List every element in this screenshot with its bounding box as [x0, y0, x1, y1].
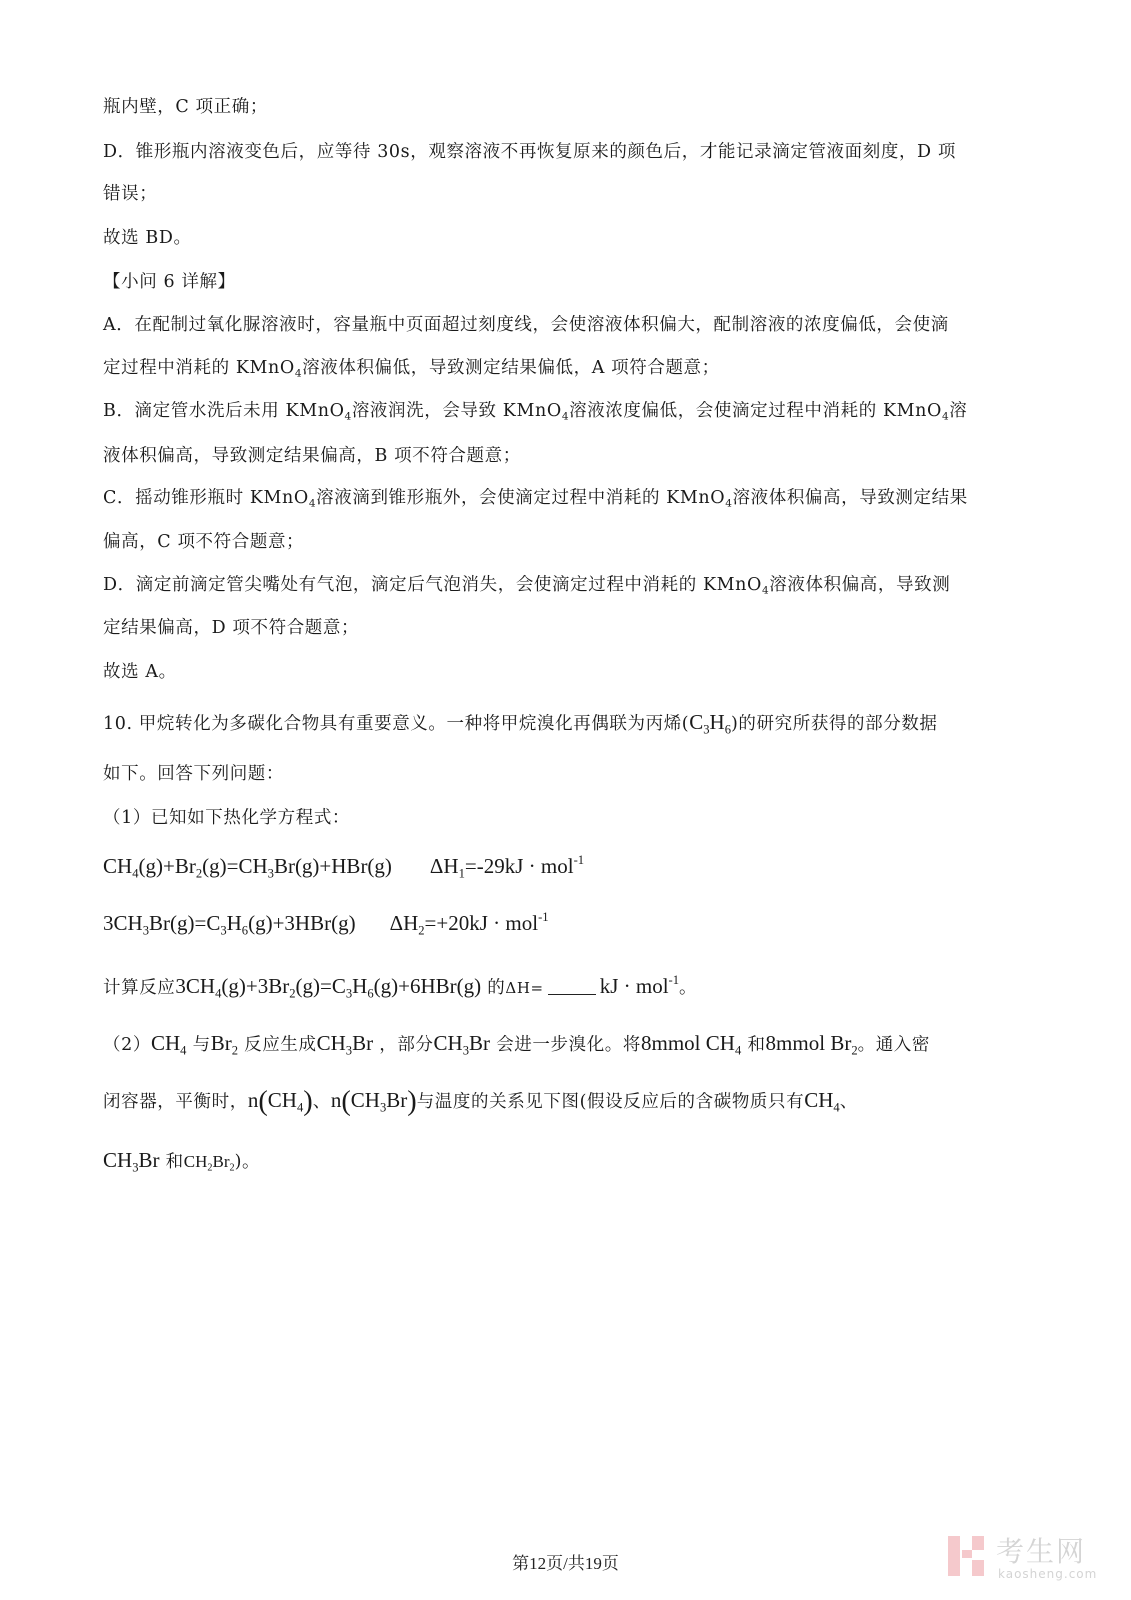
text: D．滴定前滴定管尖嘴处有气泡，滴定后气泡消失，会使滴定过程中消耗的 KMnO: [103, 575, 762, 595]
text-line: CH3Br 和CH2Br2)。: [103, 1148, 260, 1174]
text: C．摇动锥形瓶时 KMnO: [103, 488, 309, 508]
text: 的: [487, 978, 505, 998]
formula-c3h6: C3H6: [689, 710, 731, 734]
text-line: 故选 BD。: [103, 226, 192, 250]
equation-1: CH4(g)+Br2(g)=CH3Br(g)+HBr(g)ΔH1=-29kJ ·…: [103, 854, 584, 878]
watermark-brand: 考生网: [996, 1530, 1086, 1570]
subscript: 4: [725, 498, 732, 510]
delta-h-label: ΔH=: [505, 979, 543, 997]
text-line: 液体积偏高，导致测定结果偏高，B 项不符合题意；: [103, 444, 521, 468]
text: 定结果偏高，D 项不符合题意；: [103, 618, 359, 638]
text: 。通入密: [858, 1035, 930, 1055]
text: 与温度的关系见下图(假设反应后的含碳物质只有: [417, 1092, 805, 1112]
text: 错误；: [103, 184, 157, 204]
text-line: 瓶内壁，C 项正确；: [103, 95, 268, 119]
text: 溶液体积偏低，导致测定结果偏低，A 项符合题意；: [302, 358, 720, 378]
answer-blank: [548, 976, 596, 995]
text: 会进一步溴化。将: [496, 1035, 641, 1055]
subscript: 4: [345, 411, 352, 423]
text-line: 错误；: [103, 182, 157, 206]
text: 和: [747, 1035, 765, 1055]
heading-text: 【小问 6 详解】: [103, 272, 236, 292]
text: 。: [679, 978, 697, 998]
text: （2）: [103, 1035, 151, 1055]
text-line: A．在配制过氧化脲溶液时，容量瓶中页面超过刻度线，会使溶液体积偏大，配制溶液的浓…: [103, 313, 949, 337]
text-line: C．摇动锥形瓶时 KMnO4溶液滴到锥形瓶外，会使滴定过程中消耗的 KMnO4溶…: [103, 486, 968, 510]
text: 液体积偏高，导致测定结果偏高，B 项不符合题意；: [103, 446, 521, 466]
text-line: D．锥形瓶内溶液变色后，应等待 30s，观察溶液不再恢复原来的颜色后，才能记录滴…: [103, 140, 956, 164]
text: )的研究所获得的部分数据: [731, 714, 938, 734]
text-line: B．滴定管水洗后未用 KMnO4溶液润洗，会导致 KMnO4溶液浓度偏低，会使滴…: [103, 399, 967, 423]
text-line: 闭容器，平衡时，n(CH4)、n(CH3Br)与温度的关系见下图(假设反应后的含…: [103, 1088, 858, 1114]
text: ，部分: [379, 1035, 433, 1055]
sub-question-1: （1）已知如下热化学方程式：: [103, 806, 350, 830]
text-line: D．滴定前滴定管尖嘴处有气泡，滴定后气泡消失，会使滴定过程中消耗的 KMnO4溶…: [103, 573, 950, 597]
unit: kJ · mol-1: [600, 974, 679, 998]
text: 反应生成: [244, 1035, 316, 1055]
text-line: 定过程中消耗的 KMnO4溶液体积偏低，导致测定结果偏低，A 项符合题意；: [103, 356, 720, 380]
text: )。: [235, 1152, 261, 1172]
text: 、: [313, 1092, 331, 1112]
text: 10. 甲烷转化为多碳化合物具有重要意义。一种将甲烷溴化再偶联为丙烯(: [103, 714, 689, 734]
text: （1）已知如下热化学方程式：: [103, 808, 350, 828]
subscript: 4: [562, 411, 569, 423]
text-line: 故选 A。: [103, 660, 177, 684]
text: A．在配制过氧化脲溶液时，容量瓶中页面超过刻度线，会使溶液体积偏大，配制溶液的浓…: [103, 315, 949, 335]
calculate-prompt: 计算反应3CH4(g)+3Br2(g)=C3H6(g)+6HBr(g) 的ΔH=…: [103, 974, 697, 1000]
text: 溶液润洗，会导致 KMnO: [352, 401, 562, 421]
kaosheng-logo-icon: [948, 1536, 982, 1576]
text-line: 偏高，C 项不符合题意；: [103, 530, 304, 554]
equation-2: 3CH3Br(g)=C3H6(g)+3HBr(g)ΔH2=+20kJ · mol…: [103, 911, 549, 935]
watermark: 考生网 kaosheng.com: [948, 1532, 1128, 1592]
text: 溶: [949, 401, 967, 421]
text: 偏高，C 项不符合题意；: [103, 532, 304, 552]
text: 溶液体积偏高，导致测: [769, 575, 950, 595]
text: 故选 A。: [103, 662, 177, 682]
text: 闭容器，平衡时，: [103, 1092, 248, 1112]
section-heading: 【小问 6 详解】: [103, 270, 236, 294]
text: 溶液滴到锥形瓶外，会使滴定过程中消耗的 KMnO: [316, 488, 725, 508]
text: 故选 BD。: [103, 228, 192, 248]
text-line: 定结果偏高，D 项不符合题意；: [103, 616, 359, 640]
text: 溶液体积偏高，导致测定结果: [733, 488, 968, 508]
text: 瓶内壁，C 项正确；: [103, 97, 268, 117]
text: B．滴定管水洗后未用 KMnO: [103, 401, 345, 421]
text: 与: [193, 1035, 211, 1055]
text-line: 如下。回答下列问题：: [103, 762, 284, 786]
text: 溶液浓度偏低，会使滴定过程中消耗的 KMnO: [569, 401, 942, 421]
delta-h1: ΔH1=-29kJ · mol-1: [430, 854, 584, 878]
question-10-stem: 10. 甲烷转化为多碳化合物具有重要意义。一种将甲烷溴化再偶联为丙烯(C3H6)…: [103, 710, 938, 736]
delta-h2: ΔH2=+20kJ · mol-1: [390, 911, 549, 935]
text: 如下。回答下列问题：: [103, 764, 284, 784]
text: 定过程中消耗的 KMnO: [103, 358, 295, 378]
watermark-domain: kaosheng.com: [998, 1567, 1097, 1581]
target-equation: 3CH4(g)+3Br2(g)=C3H6(g)+6HBr(g): [175, 974, 481, 998]
text: 、: [840, 1092, 858, 1112]
text: 计算反应: [103, 978, 175, 998]
text: 和: [166, 1152, 184, 1172]
sub-question-2: （2）CH4 与Br2 反应生成CH3Br ，部分CH3Br 会进一步溴化。将8…: [103, 1031, 930, 1057]
text: D．锥形瓶内溶液变色后，应等待 30s，观察溶液不再恢复原来的颜色后，才能记录滴…: [103, 142, 956, 162]
